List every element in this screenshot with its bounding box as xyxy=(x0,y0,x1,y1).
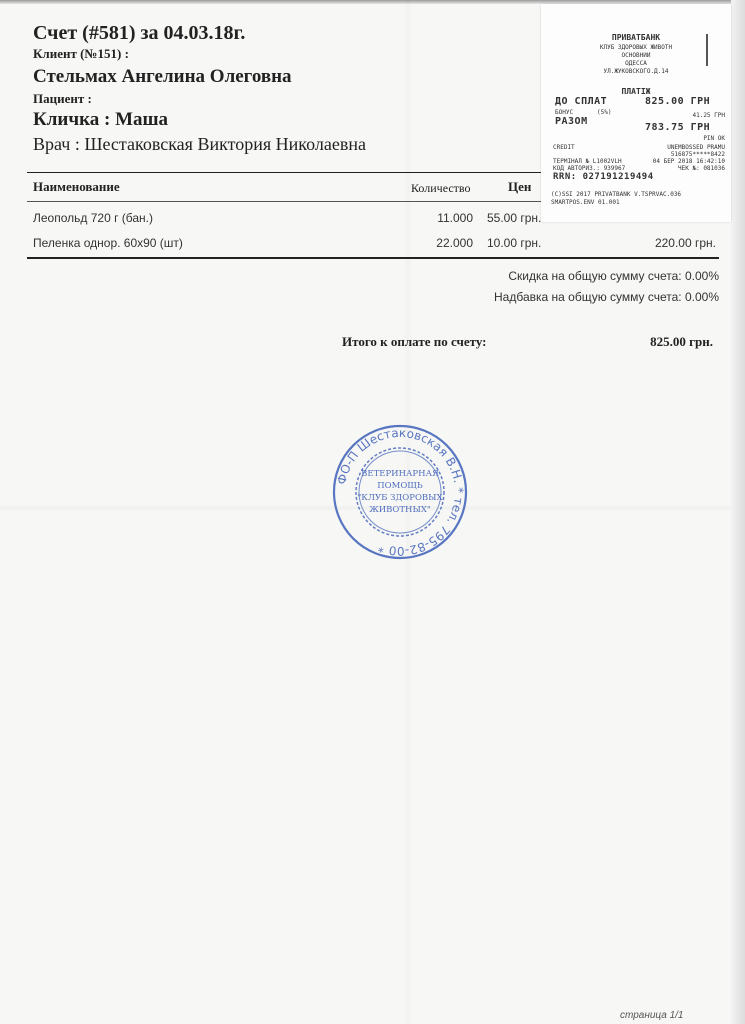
stamp-line-1: ВЕТЕРИНАРНАЯ xyxy=(361,469,439,479)
invoice-title: Счет (#581) за 04.03.18г. xyxy=(33,22,245,45)
client-label: Клиент (№151) : xyxy=(33,46,129,62)
receipt-card-mask: 516875*****8422 xyxy=(671,151,725,158)
stamp-line-3: "КЛУБ ЗДОРОВЫХ xyxy=(357,493,443,503)
receipt-address: УЛ.ЖУКОВСКОГО.Д.14 xyxy=(541,68,731,76)
row-1-price: 55.00 грн. xyxy=(487,211,541,225)
receipt-city: ОДЕССА xyxy=(541,60,731,68)
receipt-total-label: РАЗОМ xyxy=(555,116,588,127)
receipt-bonus-label: БОНУС xyxy=(555,109,573,116)
payment-receipt: ПРИВАТБАНК КЛУБ ЗДОРОВЫХ ЖИВОТН ОСНОВНИИ… xyxy=(541,4,731,222)
receipt-check: ЧЕК №: 081036 xyxy=(678,165,725,172)
total-label: Итого к оплате по счету: xyxy=(342,334,486,350)
stamp-line-4: ЖИВОТНЫХ" xyxy=(369,505,431,515)
receipt-auth: КОД АВТОРИЗ.: 939967 xyxy=(553,165,625,172)
patient-label: Пациент : xyxy=(33,91,92,107)
row-2-name: Пеленка однор. 60х90 (шт) xyxy=(33,236,183,250)
receipt-datetime: 04 БЕР 2018 16:42:10 xyxy=(653,158,725,165)
paper-edge-right xyxy=(731,0,745,1024)
total-value: 825.00 грн. xyxy=(650,334,713,350)
receipt-terminal: ТЕРМІНАЛ № L1002VLH xyxy=(553,158,622,165)
client-name: Стельмах Ангелина Олеговна xyxy=(33,66,292,88)
header-quantity: Количество xyxy=(411,181,470,196)
receipt-version: SMARTPOS.ENV 01.001 xyxy=(551,199,620,206)
page-number: страница 1/1 xyxy=(620,1010,683,1021)
receipt-bonus-pct: (5%) xyxy=(597,109,611,116)
discount-line: Скидка на общую сумму счета: 0.00% xyxy=(508,269,719,283)
receipt-to-pay-value: 825.00 ГРН xyxy=(645,96,710,107)
receipt-credit: CREDIT xyxy=(553,144,575,151)
row-1-qty: 11.000 xyxy=(410,211,473,225)
receipt-total-value: 783.75 ГРН xyxy=(645,122,710,133)
receipt-pin: PIN OK xyxy=(703,135,725,142)
clinic-stamp: ФО-П Шестаковская В.Н. * тел. 795-82-00 … xyxy=(330,424,470,560)
row-2-sum: 220.00 грн. xyxy=(600,236,716,250)
receipt-copyright: (C)SSI 2017 PRIVATBANK V.TSPRVAC.036 xyxy=(551,191,681,198)
receipt-merchant: КЛУБ ЗДОРОВЫХ ЖИВОТН xyxy=(541,44,731,52)
pet-name: Кличка : Маша xyxy=(33,109,168,131)
row-2-price: 10.00 грн. xyxy=(487,236,541,250)
receipt-line2: ОСНОВНИИ xyxy=(541,52,731,60)
receipt-operation: ПЛАТІЖ xyxy=(541,88,731,96)
markup-line: Надбавка на общую сумму счета: 0.00% xyxy=(494,290,719,304)
receipt-bank: ПРИВАТБАНК xyxy=(541,34,731,42)
header-name: Наименование xyxy=(33,179,120,195)
receipt-to-pay-label: ДО СПЛАТ xyxy=(555,96,607,107)
row-2-qty: 22.000 xyxy=(410,236,473,250)
stamp-line-2: ПОМОЩЬ xyxy=(377,481,423,491)
receipt-rrn: RRN: 027191219494 xyxy=(553,172,654,182)
doctor-name: Врач : Шестаковская Виктория Николаевна xyxy=(33,134,366,155)
header-price: Цен xyxy=(508,179,531,195)
table-bottom-rule xyxy=(27,257,719,259)
receipt-bonus-value: 41.25 ГРН xyxy=(692,112,725,119)
row-1-name: Леопольд 720 г (бан.) xyxy=(33,211,153,225)
receipt-card-type: UNEMBOSSED PRAMU xyxy=(667,144,725,151)
